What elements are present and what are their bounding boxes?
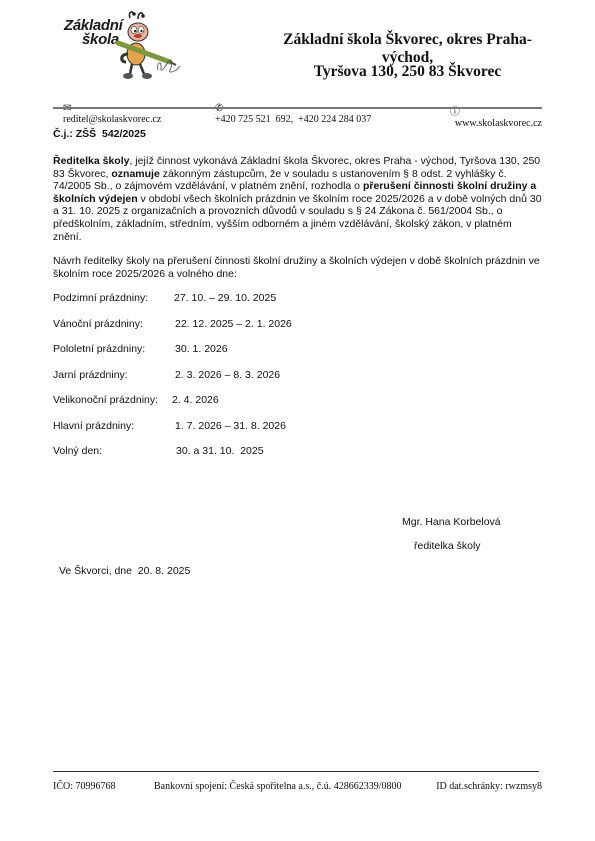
proposal-paragraph: Návrh ředitelky školy na přerušení činno…	[53, 255, 543, 280]
contact-website[interactable]: ⓘ www.skolaskvorec.cz	[440, 92, 542, 140]
contact-phone: ✆ +420 725 521 692, +420 224 284 037	[205, 92, 371, 136]
contact-bar: ✉ reditel@skolaskvorec.cz ✆ +420 725 521…	[53, 92, 542, 106]
holiday-dates: 30. 1. 2026	[175, 343, 228, 355]
holiday-row: Hlavní prázdniny: 1. 7. 2026 – 31. 8. 20…	[53, 420, 65, 446]
holiday-dates: 2. 4. 2026	[172, 394, 219, 406]
school-address: Tyršova 130, 250 83 Škvorec	[265, 63, 550, 81]
signatory-role: ředitelka školy	[414, 540, 481, 552]
holiday-label: Hlavní prázdniny:	[53, 420, 134, 432]
website-url[interactable]: www.skolaskvorec.cz	[450, 118, 542, 129]
holiday-label: Vánoční prázdniny:	[53, 318, 143, 330]
announcement-subject: Ředitelka školy	[53, 155, 129, 167]
holiday-dates: 2. 3. 2026 – 8. 3. 2026	[175, 369, 280, 381]
holiday-label: Jarní prázdniny:	[53, 369, 128, 381]
announcement-paragraph: Ředitelka školy, jejíž činnost vykonává …	[53, 155, 543, 243]
signatory-name: Mgr. Hana Korbelová	[402, 516, 501, 528]
holiday-label: Volný den:	[53, 445, 102, 457]
holiday-label: Velikonoční prázdniny:	[53, 394, 158, 406]
holiday-row: Velikonoční prázdniny: 2. 4. 2026	[53, 394, 65, 420]
footer-divider	[53, 771, 539, 772]
school-name: Základní škola Škvorec, okres Praha-vých…	[265, 31, 550, 67]
announcement-verb: oznamuje	[111, 168, 159, 180]
reference-number: Č.j.: ZŠŠ 542/2025	[53, 128, 146, 140]
email-address[interactable]: reditel@skolaskvorec.cz	[63, 114, 161, 125]
holiday-dates: 1. 7. 2026 – 31. 8. 2026	[175, 420, 286, 432]
holiday-dates: 22. 12. 2025 – 2. 1. 2026	[175, 318, 292, 330]
holiday-dates: 30. a 31. 10. 2025	[176, 445, 264, 457]
phone-numbers: +420 725 521 692, +420 224 284 037	[215, 114, 371, 125]
holiday-list: Podzimní prázdniny: 27. 10. – 29. 10. 20…	[53, 292, 65, 471]
ant-mascot-icon	[58, 10, 183, 85]
holiday-dates: 27. 10. – 29. 10. 2025	[174, 292, 276, 304]
holiday-row: Pololetní prázdniny: 30. 1. 2026	[53, 343, 65, 369]
data-box-id: ID dat.schránky: rwzmsy8	[436, 781, 542, 792]
holiday-row: Volný den: 30. a 31. 10. 2025	[53, 445, 65, 471]
holiday-label: Podzimní prázdniny:	[53, 292, 148, 304]
holiday-row: Vánoční prázdniny: 22. 12. 2025 – 2. 1. …	[53, 318, 65, 344]
school-logo: Základní škola	[58, 10, 183, 85]
place-and-date: Ve Škvorci, dne 20. 8. 2025	[59, 565, 190, 577]
holiday-row: Jarní prázdniny: 2. 3. 2026 – 8. 3. 2026	[53, 369, 65, 395]
bank-details: Bankovní spojení: Česká spořitelna a.s.,…	[154, 781, 401, 792]
holiday-row: Podzimní prázdniny: 27. 10. – 29. 10. 20…	[53, 292, 65, 318]
holiday-label: Pololetní prázdniny:	[53, 343, 145, 355]
footer: IČO: 70996768 Bankovní spojení: Česká sp…	[53, 781, 542, 795]
company-id: IČO: 70996768	[53, 781, 116, 792]
header-divider	[53, 107, 542, 109]
